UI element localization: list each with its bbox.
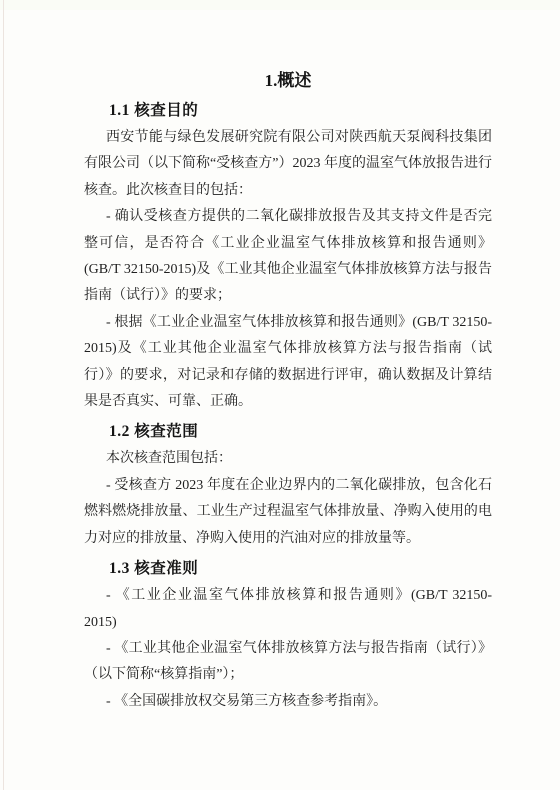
page-top-edge	[0, 0, 560, 10]
section-heading-1-3: 1.3 核查准则	[84, 558, 492, 580]
document-title: 1.概述	[84, 68, 492, 94]
paragraph-bullet-criterion-1: - 《工业企业温室气体排放核算和报告通则》(GB/T 32150-2015)	[84, 583, 492, 636]
paragraph-scope-intro: 本次核查范围包括：	[84, 446, 492, 472]
paragraph-bullet-confirm: - 确认受核查方提供的二氧化碳排放报告及其支持文件是否完整可信，是否符合《工业企…	[84, 204, 492, 310]
document-content: 1.概述 1.1 核查目的 西安节能与绿色发展研究院有限公司对陕西航天泵阀科技集…	[84, 68, 492, 715]
paragraph-bullet-scope: - 受核查方 2023 年度在企业边界内的二氧化碳排放，包含化石燃料燃烧排放量、…	[84, 473, 492, 552]
paragraph-intro: 西安节能与绿色发展研究院有限公司对陕西航天泵阀科技集团有限公司（以下简称“受核查…	[84, 125, 492, 204]
section-heading-1-1: 1.1 核查目的	[84, 100, 492, 122]
paragraph-bullet-criterion-2: - 《工业其他企业温室气体排放核算方法与报告指南（试行）》（以下简称“核算指南”…	[84, 636, 492, 689]
page-left-edge	[3, 0, 4, 790]
paragraph-bullet-basis: - 根据《工业企业温室气体排放核算和报告通则》(GB/T 32150-2015)…	[84, 310, 492, 416]
document-page: 1.概述 1.1 核查目的 西安节能与绿色发展研究院有限公司对陕西航天泵阀科技集…	[0, 0, 560, 790]
paragraph-bullet-criterion-3: - 《全国碳排放权交易第三方核查参考指南》。	[84, 689, 492, 715]
section-heading-1-2: 1.2 核查范围	[84, 421, 492, 443]
